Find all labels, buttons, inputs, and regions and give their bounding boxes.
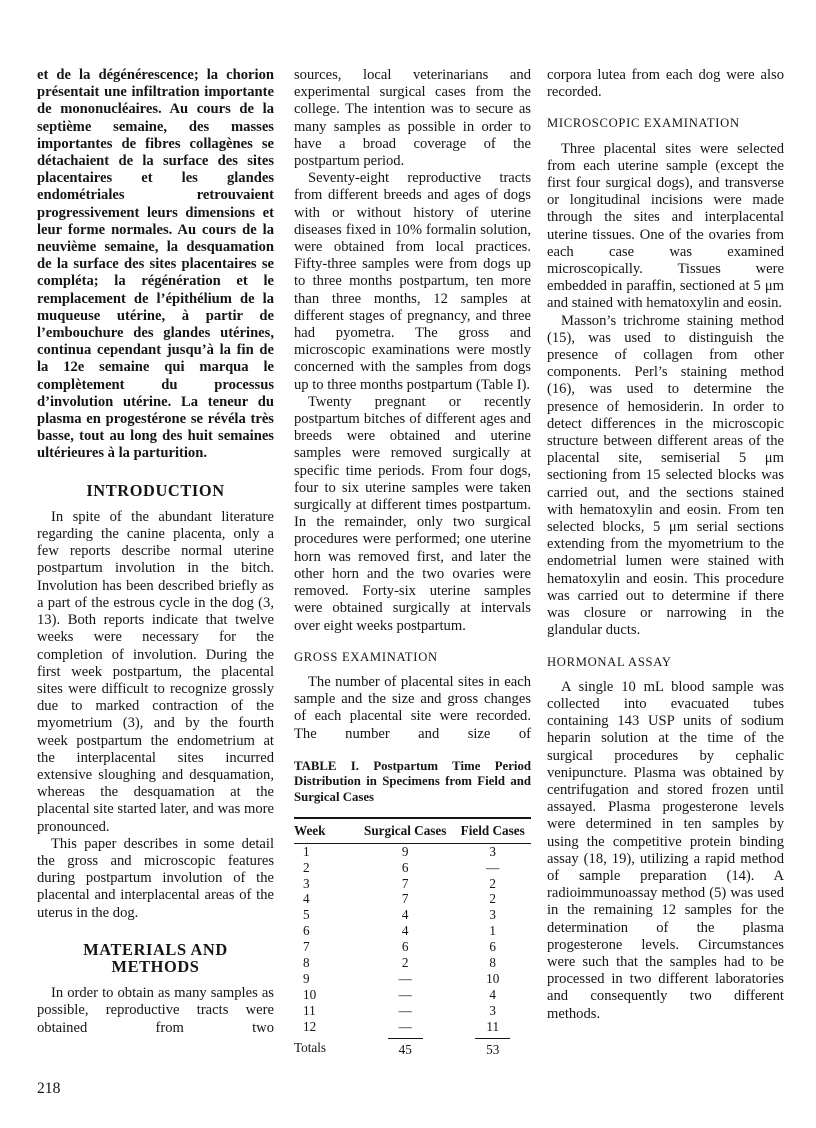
materials-methods-heading: MATERIALS AND METHODS	[37, 941, 274, 975]
table-row: 828	[294, 955, 531, 971]
table-cell: 4	[356, 923, 454, 939]
gross-paragraph-1-continued: corpora lutea from each dog were also re…	[547, 67, 784, 101]
table-cell: 1	[294, 843, 356, 859]
table-header-row: Week Surgical Cases Field Cases	[294, 818, 531, 844]
resume-fr-paragraph: et de la dégénérescence; la chorion prés…	[37, 67, 274, 463]
table-1-grid: Week Surgical Cases Field Cases 19326—37…	[294, 817, 531, 1058]
introduction-paragraph-1: In spite of the abundant literature rega…	[37, 509, 274, 836]
table-cell: 4	[294, 891, 356, 907]
table-row: 641	[294, 923, 531, 939]
table-cell: 6	[454, 939, 531, 955]
table-totals-surgical-value: 45	[388, 1038, 423, 1058]
table-totals-surgical: 45	[356, 1035, 454, 1058]
table-cell: —	[356, 987, 454, 1003]
microscopic-examination-heading: MICROSCOPIC EXAMINATION	[547, 115, 784, 132]
table-cell: 7	[356, 891, 454, 907]
table-cell: 12	[294, 1019, 356, 1035]
column-middle: sources, local veterinarians and experim…	[294, 67, 531, 1117]
table-cell: 9	[294, 971, 356, 987]
table-cell: 2	[454, 876, 531, 892]
column-left: et de la dégénérescence; la chorion prés…	[37, 67, 274, 1072]
table-row: 472	[294, 891, 531, 907]
table-cell: —	[454, 860, 531, 876]
materials-paragraph-3: Twenty pregnant or recently postpartum b…	[294, 394, 531, 635]
table-cell: 1	[454, 923, 531, 939]
table-cell: 10	[294, 987, 356, 1003]
table-row: 12—11	[294, 1019, 531, 1035]
table-cell: 6	[356, 939, 454, 955]
gross-paragraph-1-fragment: The number of placental sites in each sa…	[294, 674, 531, 743]
microscopic-paragraph-2: Masson’s trichrome staining method (15),…	[547, 313, 784, 640]
table-row: 372	[294, 876, 531, 892]
table-row: 11—3	[294, 1003, 531, 1019]
table-cell: 3	[454, 907, 531, 923]
table-row: 10—4	[294, 987, 531, 1003]
table-header-surgical-cases: Surgical Cases	[356, 818, 454, 844]
table-header-week: Week	[294, 818, 356, 844]
table-cell: 5	[294, 907, 356, 923]
table-cell: 9	[356, 843, 454, 859]
table-cell: 6	[356, 860, 454, 876]
table-cell: 4	[454, 987, 531, 1003]
table-cell: —	[356, 1019, 454, 1035]
table-cell: 2	[356, 955, 454, 971]
page-number: 218	[37, 1080, 60, 1098]
table-cell: 8	[294, 955, 356, 971]
table-cell: 7	[356, 876, 454, 892]
table-body: 19326—3724725436417668289—1010—411—312—1…	[294, 843, 531, 1034]
table-cell: 3	[454, 843, 531, 859]
table-cell: 4	[356, 907, 454, 923]
table-cell: 10	[454, 971, 531, 987]
table-cell: 6	[294, 923, 356, 939]
introduction-heading: INTRODUCTION	[37, 482, 274, 499]
table-totals-label: Totals	[294, 1035, 356, 1058]
materials-paragraph-1-continued: sources, local veterinarians and experim…	[294, 67, 531, 170]
table-totals-row: Totals 45 53	[294, 1035, 531, 1058]
materials-paragraph-1-fragment: In order to obtain as many samples as po…	[37, 985, 274, 1037]
table-totals-field: 53	[454, 1035, 531, 1058]
table-cell: 7	[294, 939, 356, 955]
table-totals-field-value: 53	[475, 1038, 510, 1058]
hormonal-assay-heading: HORMONAL ASSAY	[547, 654, 784, 671]
table-cell: —	[356, 971, 454, 987]
table-cell: 3	[454, 1003, 531, 1019]
table-cell: 11	[294, 1003, 356, 1019]
table-cell: 11	[454, 1019, 531, 1035]
hormonal-paragraph-1: A single 10 mL blood sample was collecte…	[547, 679, 784, 1023]
gross-examination-heading: GROSS EXAMINATION	[294, 649, 531, 666]
table-row: 26—	[294, 860, 531, 876]
microscopic-paragraph-1: Three placental sites were selected from…	[547, 141, 784, 313]
table-1-caption: TABLE I. Postpartum Time Period Distribu…	[294, 759, 531, 806]
table-row: 9—10	[294, 971, 531, 987]
introduction-paragraph-2: This paper describes in some detail the …	[37, 836, 274, 922]
table-header-field-cases: Field Cases	[454, 818, 531, 844]
table-cell: 8	[454, 955, 531, 971]
journal-page: et de la dégénérescence; la chorion prés…	[0, 0, 816, 1128]
table-cell: 3	[294, 876, 356, 892]
table-cell: 2	[294, 860, 356, 876]
table-row: 543	[294, 907, 531, 923]
materials-paragraph-2: Seventy-eight reproductive tracts from d…	[294, 170, 531, 394]
column-right: corpora lutea from each dog were also re…	[547, 67, 784, 1117]
table-row: 766	[294, 939, 531, 955]
table-1: TABLE I. Postpartum Time Period Distribu…	[294, 759, 531, 1058]
table-cell: 2	[454, 891, 531, 907]
table-cell: —	[356, 1003, 454, 1019]
table-row: 193	[294, 843, 531, 859]
